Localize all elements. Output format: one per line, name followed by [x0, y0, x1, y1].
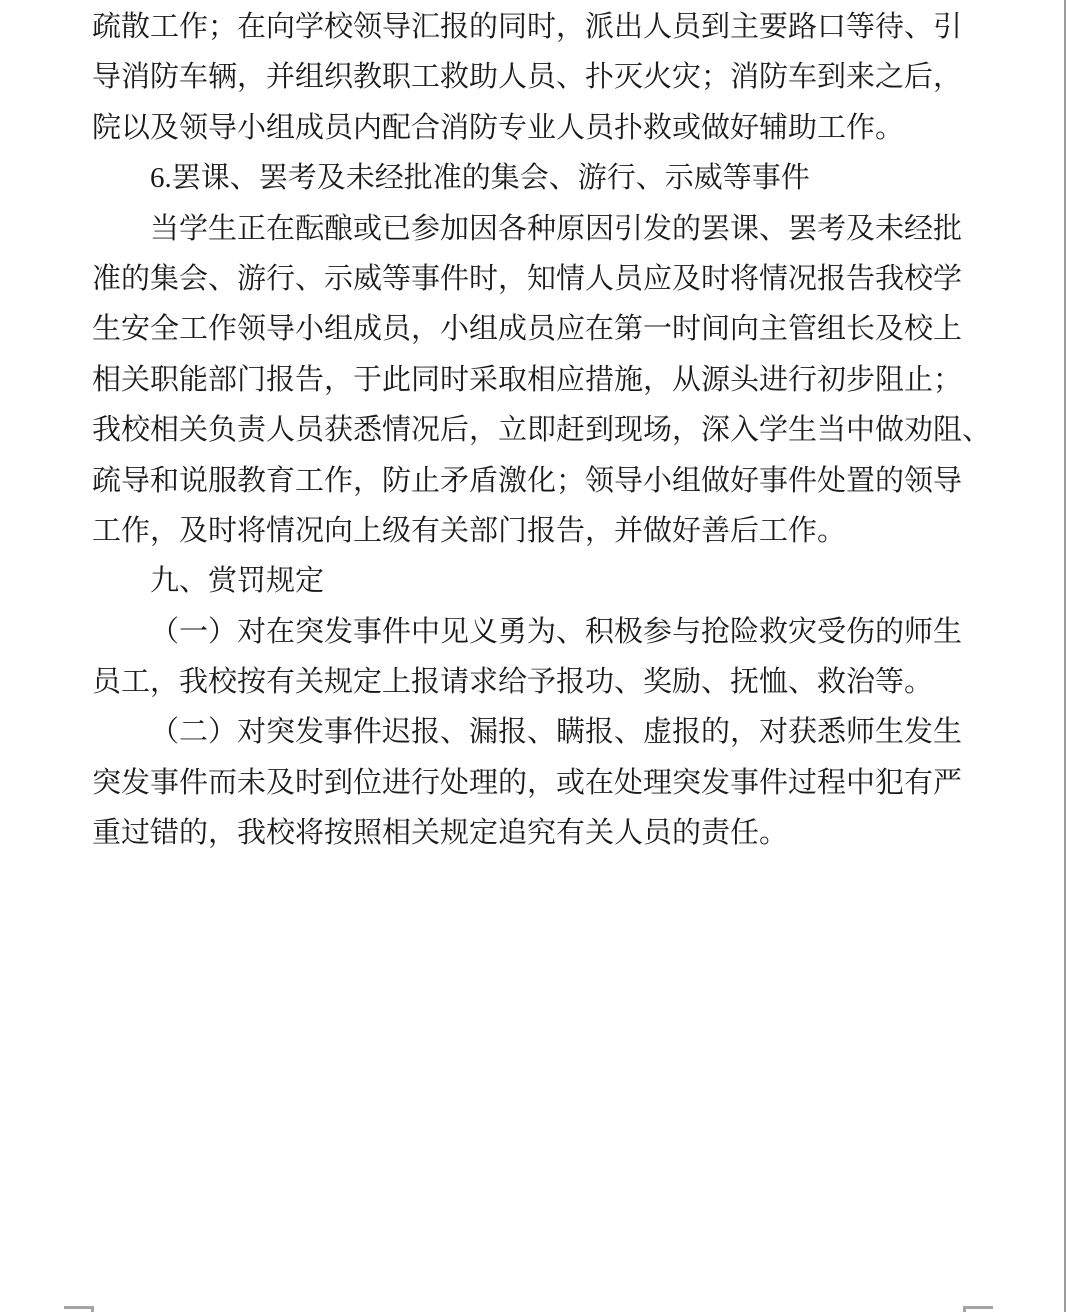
text-boundary-mark-bottom-left	[64, 1306, 94, 1312]
doc-heading-line: 6.罢课、罢考及未经批准的集会、游行、示威等事件	[92, 153, 961, 203]
doc-line: 生安全工作领导小组成员，小组成员应在第一时间向主管组长及校上	[92, 304, 961, 354]
document-page: 疏散工作；在向学校领导汇报的同时，派出人员到主要路口等待、引 导消防车辆，并组织…	[0, 0, 1066, 1312]
doc-line: 员工，我校按有关规定上报请求给予报功、奖励、抚恤、救治等。	[92, 657, 961, 707]
doc-line: 疏导和说服教育工作，防止矛盾激化；领导小组做好事件处置的领导	[92, 456, 961, 506]
doc-line: 相关职能部门报告，于此同时采取相应措施，从源头进行初步阻止；	[92, 355, 961, 405]
doc-line: 工作，及时将情况向上级有关部门报告，并做好善后工作。	[92, 506, 961, 556]
doc-line: （二）对突发事件迟报、漏报、瞒报、虚报的，对获悉师生发生	[92, 707, 961, 757]
document-text-block: 疏散工作；在向学校领导汇报的同时，派出人员到主要路口等待、引 导消防车辆，并组织…	[92, 2, 961, 859]
doc-line: 突发事件而未及时到位进行处理的，或在处理突发事件过程中犯有严	[92, 758, 961, 808]
doc-line: 院以及领导小组成员内配合消防专业人员扑救或做好辅助工作。	[92, 103, 961, 153]
doc-line: （一）对在突发事件中见义勇为、积极参与抢险救灾受伤的师生	[92, 607, 961, 657]
doc-line: 准的集会、游行、示威等事件时，知情人员应及时将情况报告我校学	[92, 254, 961, 304]
doc-line: 疏散工作；在向学校领导汇报的同时，派出人员到主要路口等待、引	[92, 2, 961, 52]
doc-line: 当学生正在酝酿或已参加因各种原因引发的罢课、罢考及未经批	[92, 204, 961, 254]
doc-line: 重过错的，我校将按照相关规定追究有关人员的责任。	[92, 808, 961, 858]
doc-line: 我校相关负责人员获悉情况后，立即赶到现场，深入学生当中做劝阻、	[92, 405, 961, 455]
text-boundary-mark-bottom-right	[963, 1306, 993, 1312]
doc-heading-line: 九、赏罚规定	[92, 556, 961, 606]
doc-line: 导消防车辆，并组织教职工救助人员、扑灭火灾；消防车到来之后，	[92, 52, 961, 102]
